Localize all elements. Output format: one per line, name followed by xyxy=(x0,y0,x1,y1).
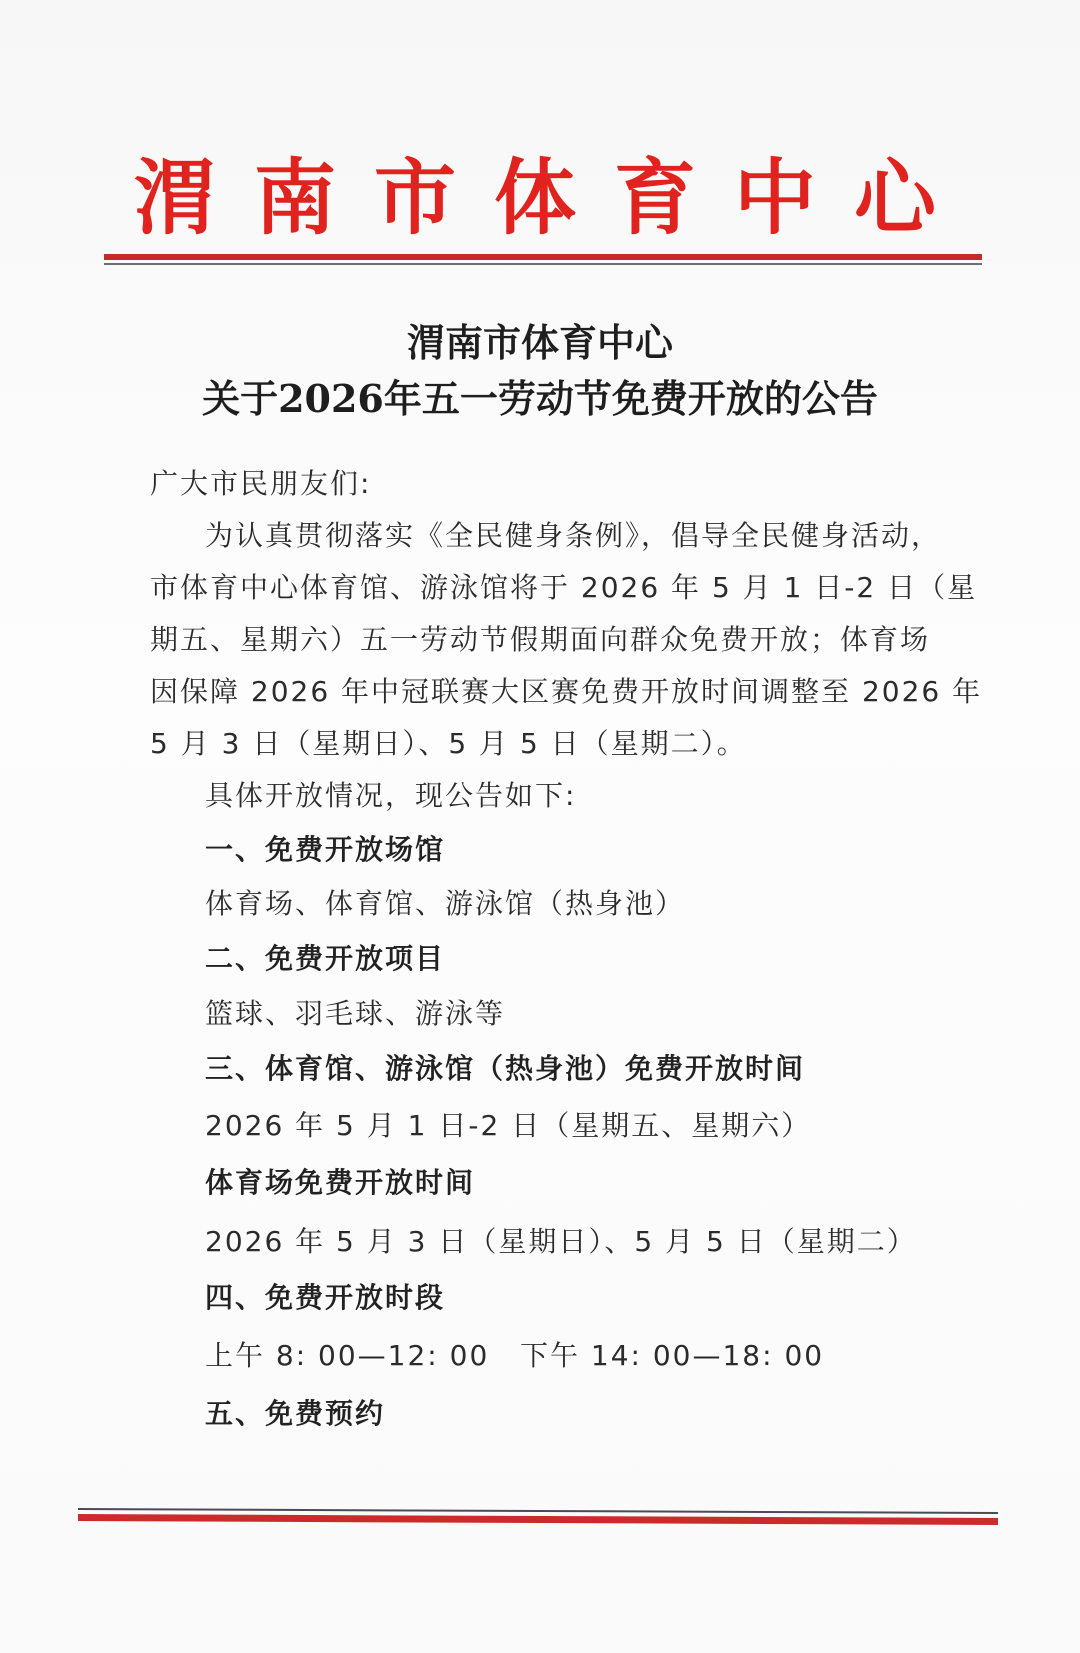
intro-line-4: 因保障 2026 年中冠联赛大区赛免费开放时间调整至 2026 年 xyxy=(150,670,982,710)
divider-gray-line xyxy=(78,1508,998,1514)
section-content-stadium-dates: 2026 年 5 月 3 日（星期日）、5 月 5 日（星期二） xyxy=(205,1220,917,1260)
footer-divider xyxy=(78,1508,998,1526)
section-heading-reservation: 五、免费预约 xyxy=(205,1392,385,1432)
section-content-venues: 体育场、体育馆、游泳馆（热身池） xyxy=(205,882,685,922)
section-heading-gym-pool-hours: 三、体育馆、游泳馆（热身池）免费开放时间 xyxy=(205,1047,805,1087)
document-title-line-2: 关于2026年五一劳动节免费开放的公告 xyxy=(0,368,1080,423)
document-page: 渭南市体育中心 渭南市体育中心 关于2026年五一劳动节免费开放的公告 广大市民… xyxy=(0,0,1080,1653)
masthead-divider xyxy=(104,254,982,266)
time-slot-afternoon: 下午 14: 00—18: 00 xyxy=(520,1334,824,1374)
section-content-gym-pool-dates: 2026 年 5 月 1 日-2 日（星期五、星期六） xyxy=(205,1104,811,1144)
announce-intro: 具体开放情况，现公告如下: xyxy=(205,774,576,814)
section-heading-venues: 一、免费开放场馆 xyxy=(205,828,445,868)
intro-line-2: 市体育中心体育馆、游泳馆将于 2026 年 5 月 1 日-2 日（星 xyxy=(150,566,977,606)
section-content-items: 篮球、羽毛球、游泳等 xyxy=(205,992,505,1032)
intro-line-1: 为认真贯彻落实《全民健身条例》，倡导全民健身活动， xyxy=(205,514,941,554)
divider-gray-line xyxy=(104,263,982,265)
salutation: 广大市民朋友们: xyxy=(150,462,371,502)
section-heading-time-slots: 四、免费开放时段 xyxy=(205,1276,445,1316)
masthead-org-name: 渭南市体育中心 xyxy=(0,148,1080,248)
section-heading-stadium-hours: 体育场免费开放时间 xyxy=(205,1161,475,1201)
section-heading-items: 二、免费开放项目 xyxy=(205,937,445,977)
time-slot-morning: 上午 8: 00—12: 00 xyxy=(205,1334,489,1374)
intro-line-3: 期五、星期六）五一劳动节假期面向群众免费开放；体育场 xyxy=(150,618,930,658)
divider-red-line xyxy=(104,254,982,260)
divider-red-line xyxy=(78,1514,998,1525)
document-title-line-1: 渭南市体育中心 xyxy=(0,312,1080,367)
intro-line-5: 5 月 3 日（星期日）、5 月 5 日（星期二）。 xyxy=(150,722,747,762)
